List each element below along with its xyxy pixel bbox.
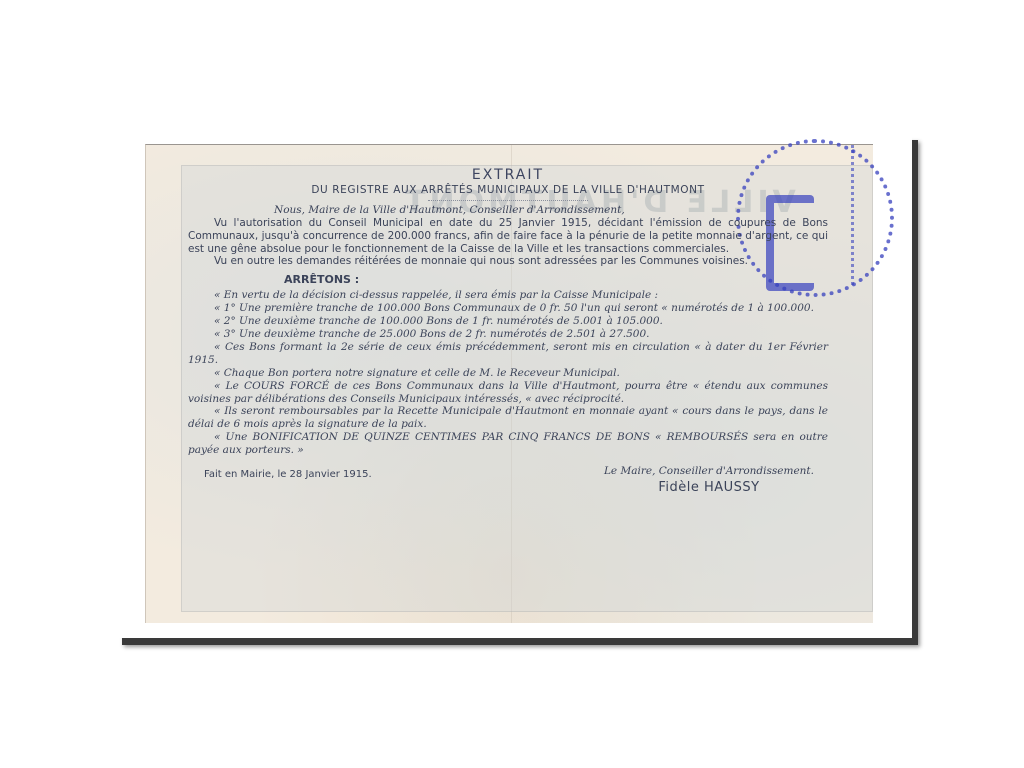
document-subtitle: DU REGISTRE AUX ARRÊTÉS MUNICIPAUX DE LA… <box>188 184 828 197</box>
document-title: EXTRAIT <box>188 169 828 182</box>
preamble: Nous, Maire de la Ville d'Hautmont, Cons… <box>248 204 828 217</box>
article-cours-force: « Le COURS FORCÉ de ces Bons Communaux d… <box>188 380 828 406</box>
article-tranche-1: « 1° Une première tranche de 100.000 Bon… <box>188 302 828 315</box>
title-divider <box>428 200 588 201</box>
article-bonification: « Une BONIFICATION DE QUINZE CENTIMES PA… <box>188 431 828 457</box>
signature-block: Le Maire, Conseiller d'Arrondissement. F… <box>604 465 814 495</box>
considerant-2: Vu en outre les demandes réitérées de mo… <box>188 255 828 268</box>
banknote-reverse: VILLE D'HAUTMONT EXTRAIT DU REGISTRE AUX… <box>145 144 873 623</box>
article-intro: « En vertu de la décision ci-dessus rapp… <box>188 289 828 302</box>
document-footer: Fait en Mairie, le 28 Janvier 1915. Le M… <box>188 465 828 501</box>
article-tranche-2: « 2° Une deuxième tranche de 100.000 Bon… <box>188 315 828 328</box>
considerant-1: Vu l'autorisation du Conseil Municipal e… <box>188 217 828 256</box>
article-circulation: « Ces Bons formant la 2e série de ceux é… <box>188 341 828 367</box>
article-tranche-3: « 3° Une deuxième tranche de 25.000 Bons… <box>188 328 828 341</box>
signatory-name: Fidèle HAUSSY <box>604 482 814 495</box>
article-remboursement: « Ils seront remboursables par la Recett… <box>188 405 828 431</box>
signatory-title: Le Maire, Conseiller d'Arrondissement. <box>604 465 814 478</box>
decree-heading: ARRÊTONS : <box>284 274 828 287</box>
date-line: Fait en Mairie, le 28 Janvier 1915. <box>204 469 372 482</box>
article-signature: « Chaque Bon portera notre signature et … <box>188 367 828 380</box>
document-text: EXTRAIT DU REGISTRE AUX ARRÊTÉS MUNICIPA… <box>188 169 828 501</box>
